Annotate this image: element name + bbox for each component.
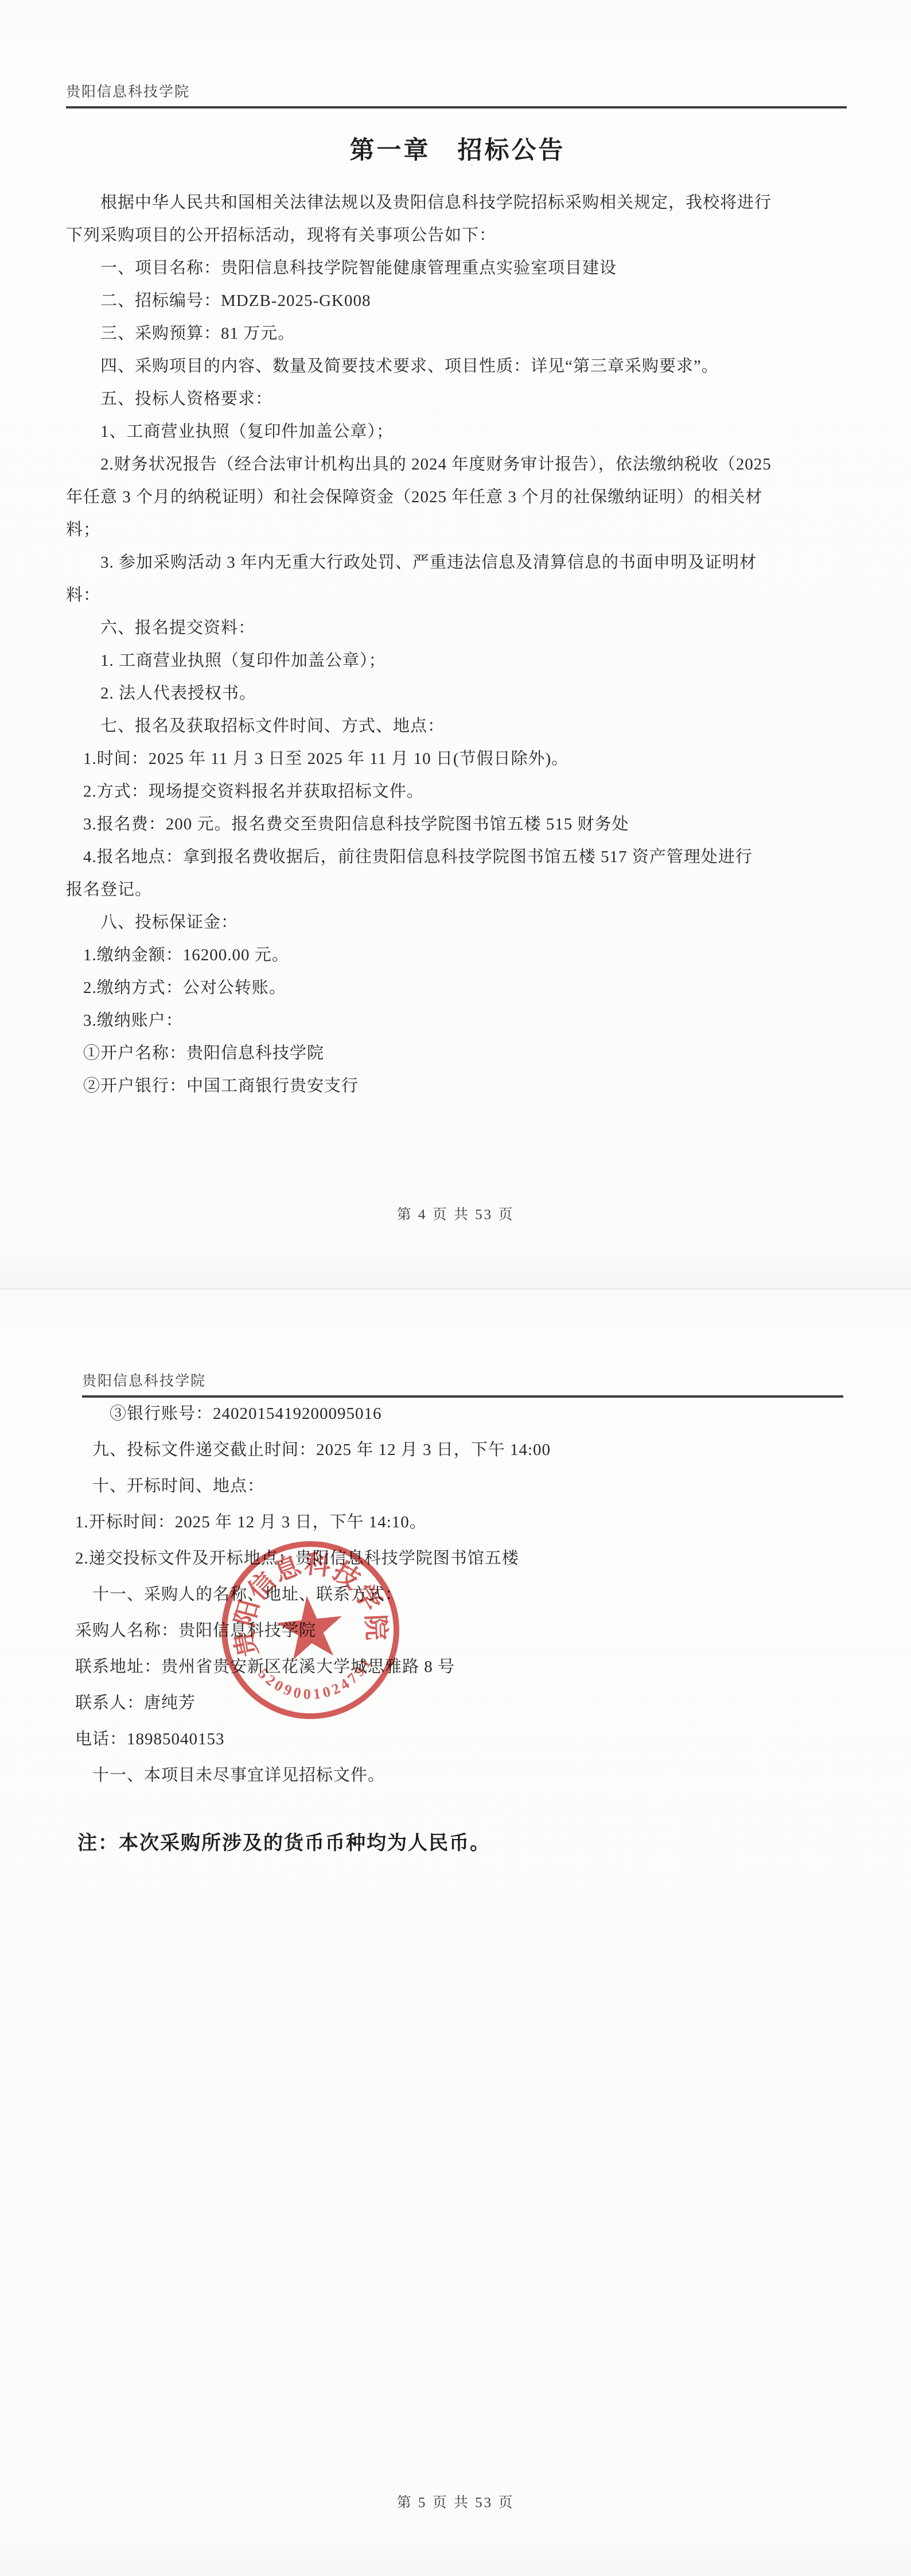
- doc-line: 采购人名称：贵阳信息科技学院: [75, 1613, 854, 1649]
- doc-line: 1、工商营业执照（复印件加盖公章）；: [66, 416, 849, 448]
- doc-line: 1.时间：2025 年 11 月 3 日至 2025 年 11 月 10 日(节…: [66, 743, 849, 775]
- page-2-footer: 第 5 页 共 53 页: [0, 2491, 911, 2512]
- doc-line: ①开户名称：贵阳信息科技学院: [66, 1037, 849, 1070]
- header-school-name: 贵阳信息科技学院: [66, 84, 190, 100]
- page-header: 贵阳信息科技学院: [66, 80, 847, 108]
- doc-line: 根据中华人民共和国相关法律法规以及贵阳信息科技学院招标采购相关规定，我校将进行: [66, 187, 849, 219]
- doc-line: 三、采购预算：81 万元。: [66, 317, 849, 350]
- doc-line: 联系地址：贵州省贵安新区花溪大学城思雅路 8 号: [75, 1649, 854, 1685]
- doc-line: ③银行账号：2402015419200095016: [75, 1396, 854, 1432]
- doc-line: 十、开标时间、地点：: [75, 1468, 854, 1504]
- doc-line: 1.缴纳金额：16200.00 元。: [66, 939, 849, 972]
- doc-line: 2.财务状况报告（经合法审计机构出具的 2024 年度财务审计报告），依法缴纳税…: [66, 448, 849, 481]
- doc-line: 一、项目名称：贵阳信息科技学院智能健康管理重点实验室项目建设: [66, 252, 849, 285]
- doc-line: 九、投标文件递交截止时间：2025 年 12 月 3 日，下午 14:00: [75, 1432, 854, 1468]
- page-2-body: ③银行账号：2402015419200095016九、投标文件递交截止时间：20…: [75, 1396, 854, 1794]
- doc-line: 二、招标编号：MDZB-2025-GK008: [66, 285, 849, 317]
- doc-line: ②开户银行：中国工商银行贵安支行: [66, 1070, 849, 1103]
- doc-line: 联系人：唐纯芳: [75, 1685, 854, 1721]
- currency-note: 注：本次采购所涉及的货币币种均为人民币。: [75, 1829, 854, 1858]
- doc-line: 料：: [66, 579, 849, 612]
- doc-line: 报名登记。: [66, 874, 849, 906]
- doc-line: 4.报名地点：拿到报名费收据后，前往贵阳信息科技学院图书馆五楼 517 资产管理…: [66, 841, 849, 874]
- page-1-body: 根据中华人民共和国相关法律法规以及贵阳信息科技学院招标采购相关规定，我校将进行下…: [66, 187, 849, 1103]
- doc-line: 3. 参加采购活动 3 年内无重大行政处罚、严重违法信息及清算信息的书面申明及证…: [66, 546, 849, 579]
- chapter-title: 第一章 招标公告: [66, 131, 849, 166]
- doc-line: 1.开标时间：2025 年 12 月 3 日，下午 14:10。: [75, 1504, 854, 1541]
- doc-line: 年任意 3 个月的纳税证明）和社会保障资金（2025 年任意 3 个月的社保缴纳…: [66, 481, 849, 514]
- page-1-content: 第一章 招标公告 根据中华人民共和国相关法律法规以及贵阳信息科技学院招标采购相关…: [66, 131, 849, 1103]
- doc-line: 2.缴纳方式：公对公转账。: [66, 972, 849, 1004]
- doc-line: 四、采购项目的内容、数量及简要技术要求、项目性质：详见“第三章采购要求”。: [66, 350, 849, 383]
- doc-line: 3.缴纳账户：: [66, 1004, 849, 1037]
- doc-line: 料；: [66, 514, 849, 546]
- doc-line: 十一、采购人的名称、地址、联系方式：: [75, 1577, 854, 1613]
- doc-line: 2. 法人代表授权书。: [66, 677, 849, 710]
- header-school-name: 贵阳信息科技学院: [82, 1374, 206, 1389]
- doc-line: 五、投标人资格要求：: [66, 383, 849, 416]
- doc-line: 十一、本项目未尽事宜详见招标文件。: [75, 1758, 854, 1794]
- doc-line: 3.报名费：200 元。报名费交至贵阳信息科技学院图书馆五楼 515 财务处: [66, 808, 849, 841]
- page-header: 贵阳信息科技学院: [82, 1370, 843, 1398]
- doc-line: 2.递交投标文件及开标地点：贵阳信息科技学院图书馆五楼: [75, 1541, 854, 1577]
- doc-line: 下列采购项目的公开招标活动，现将有关事项公告如下：: [66, 219, 849, 252]
- doc-line: 六、报名提交资料：: [66, 612, 849, 645]
- doc-line: 2.方式：现场提交资料报名并获取招标文件。: [66, 775, 849, 808]
- doc-line: 八、投标保证金：: [66, 906, 849, 939]
- doc-line: 电话：18985040153: [75, 1721, 854, 1758]
- doc-line: 1. 工商营业执照（复印件加盖公章）；: [66, 645, 849, 677]
- page-2-content: ③银行账号：2402015419200095016九、投标文件递交截止时间：20…: [75, 1396, 854, 1858]
- page-2: 贵阳信息科技学院 ③银行账号：2402015419200095016九、投标文件…: [0, 1288, 911, 2576]
- page-1-footer: 第 4 页 共 53 页: [0, 1203, 911, 1224]
- doc-line: 七、报名及获取招标文件时间、方式、地点：: [66, 710, 849, 743]
- page-1: 贵阳信息科技学院 第一章 招标公告 根据中华人民共和国相关法律法规以及贵阳信息科…: [0, 0, 911, 1288]
- scanned-document: 贵阳信息科技学院 第一章 招标公告 根据中华人民共和国相关法律法规以及贵阳信息科…: [0, 0, 911, 2576]
